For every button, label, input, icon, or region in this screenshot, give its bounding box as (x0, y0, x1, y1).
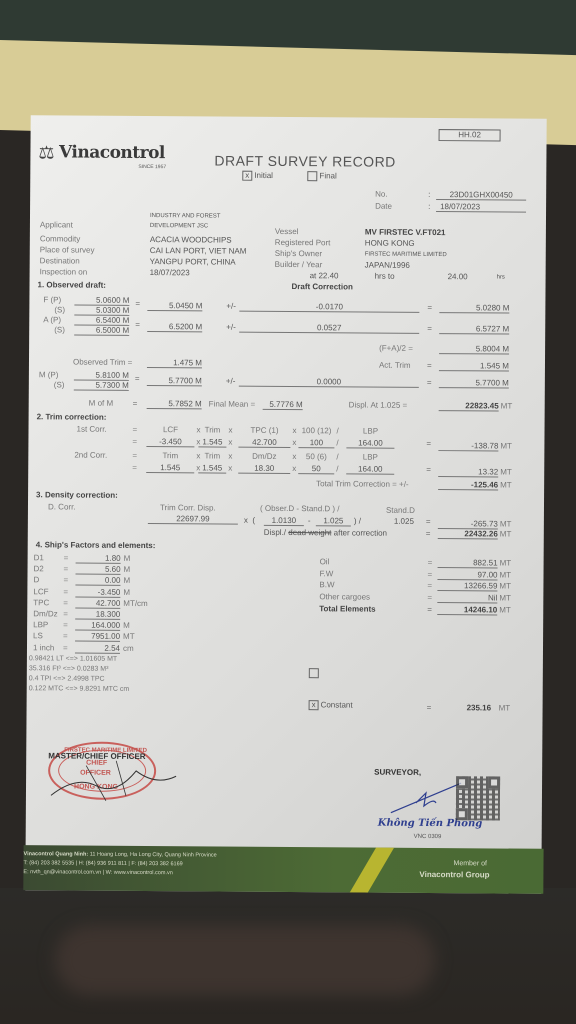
total-trim-correction: -125.46 (438, 480, 498, 490)
conversion-item: 0.4 TPI <=> 2.4998 TPC (29, 675, 105, 683)
observed-trim: 1.475 M (147, 358, 202, 368)
eq: = (426, 517, 431, 526)
fwd-label: F (P) (43, 295, 61, 304)
eq: = (63, 643, 68, 652)
logo-since: SINCE 1957 (138, 164, 166, 170)
formula-term: Trim (198, 425, 226, 434)
formula-term: Trim (146, 451, 194, 460)
unit: MT (123, 632, 135, 641)
factor-value: 164.000 (75, 621, 120, 631)
trim-corr-disp: 22697.99 (148, 514, 238, 525)
density-formula: ( Obser.D - Stand.D ) / (260, 504, 340, 514)
second-corr-label: 2nd Corr. (74, 451, 107, 460)
unit: M (123, 587, 130, 596)
scales-icon: ⚖ (38, 143, 54, 163)
formula-term: LCF (146, 425, 194, 434)
mid-mean: 5.7700 M (147, 376, 202, 386)
conversion-item: 0.98421 LT <=> 1.01605 MT (29, 655, 117, 663)
aft-s-label: (S) (54, 325, 65, 334)
aft-port: 6.5400 M (74, 316, 129, 326)
vinacontrol-group: Vinacontrol Group (419, 870, 489, 879)
fwd-corrected: 5.0280 M (439, 303, 509, 313)
tcd-label: Trim Corr. Disp. (160, 503, 216, 512)
trim-corr-result: 13.32 (438, 467, 498, 477)
unit: MT (500, 441, 512, 450)
factor-label: 1 inch (33, 643, 54, 652)
fa-label: (F+A)/2 = (379, 344, 413, 353)
vessel-value: MV FIRSTEC V.FT021 (365, 228, 446, 238)
time-to: 24.00 (448, 272, 468, 281)
eq: = (427, 303, 432, 312)
mid-s-label: (S) (54, 380, 65, 389)
factor-label: D (33, 576, 39, 585)
commodity-value: ACACIA WOODCHIPS (150, 235, 232, 245)
factor-label: TPC (33, 598, 49, 607)
aft-label: A (P) (43, 315, 61, 324)
eq: = (63, 632, 68, 641)
total-trim-label: Total Trim Correction = +/- (316, 479, 409, 489)
first-corr-label: 1st Corr. (76, 425, 106, 434)
unit: MT (500, 480, 512, 489)
standard-density: 1.025 (316, 516, 351, 526)
owner-value: FIRSTEC MARITIME LIMITED (365, 252, 447, 259)
blank-checkbox[interactable] (309, 668, 319, 678)
displ-label: Displ. At 1.025 = (349, 400, 408, 409)
place-value: CAI LAN PORT, VIET NAM (150, 246, 247, 256)
aft-starboard: 6.5000 M (74, 326, 129, 336)
factor-value: 1.80 (76, 554, 121, 564)
unit: M (123, 576, 130, 585)
standard-density-2: 1.025 (394, 517, 414, 526)
formula-term: LBP (346, 452, 394, 461)
element-value: 882.51 (438, 558, 498, 568)
final-checkbox[interactable] (307, 171, 317, 181)
eq: = (135, 320, 140, 329)
eq: = (135, 374, 140, 383)
factor-label: LCF (33, 587, 48, 596)
dcorr-label: D. Corr. (48, 502, 76, 511)
at-label: at (310, 271, 317, 280)
eq: = (132, 463, 137, 472)
builder-label: Builder / Year (275, 260, 323, 269)
eq: = (63, 621, 68, 630)
unit: MT (499, 703, 511, 712)
survey-type: xInitial Final (242, 171, 337, 182)
formula-term: Dm/Dz (238, 452, 290, 461)
record-no: 23D01GHX00450 (436, 190, 526, 201)
mid-correction: 0.0000 (239, 377, 419, 388)
fwd-starboard: 5.0300 M (74, 306, 129, 316)
observed-draft-heading: 1. Observed draft: (37, 280, 106, 289)
surveyor-label: SURVEYOR, (374, 768, 421, 777)
eq: = (427, 592, 432, 601)
eq: = (133, 399, 138, 408)
unit: MT (499, 605, 511, 614)
mom-label: M of M (89, 399, 114, 408)
formula-value: 1.545 (146, 463, 194, 473)
factor-value: 42.700 (75, 598, 120, 608)
density-correction: -265.73 (438, 519, 498, 529)
total-elements: 14246.10 (437, 605, 497, 615)
eq: = (64, 553, 69, 562)
observed-density: 1.0130 (264, 516, 304, 526)
trim-correction-heading: 2. Trim correction: (37, 412, 107, 421)
formula-value: 42.700 (238, 438, 290, 448)
unit: MT (500, 467, 512, 476)
surveyor-signature (386, 778, 466, 819)
footer-band: Vinacontrol Quang Ninh: 11 Hoang Long, H… (23, 845, 543, 894)
commodity-label: Commodity (40, 234, 81, 243)
member-of: Member of (453, 860, 487, 867)
unit: MT (499, 593, 511, 602)
element-value: Nil (437, 593, 497, 603)
unit: MT (500, 558, 512, 567)
eq: = (427, 581, 432, 590)
factor-value: 5.60 (76, 565, 121, 575)
element-label: B.W (319, 580, 334, 589)
after-correction-label: Displ./ dead weight after correction (264, 528, 387, 538)
conversion-item: 35.316 Ft³ <=> 0.0283 M³ (29, 665, 109, 673)
hrs-to-label: hrs to (375, 272, 395, 281)
formula-value: 50 (298, 464, 334, 474)
applicant-label: Applicant (40, 220, 73, 229)
constant-value: 235.16 (467, 703, 492, 712)
unit: M (124, 565, 131, 574)
eq: = (132, 451, 137, 460)
pm: +/- (226, 323, 236, 332)
fwd-s-label: (S) (54, 305, 65, 314)
unit: MT (501, 401, 513, 410)
surveyor-code: VNC 0309 (414, 834, 442, 840)
element-value: 13266.59 (437, 581, 497, 591)
owner-label: Ship's Owner (275, 249, 322, 258)
eq: = (427, 605, 432, 614)
eq: = (63, 576, 68, 585)
final-mean-label: Final Mean = (209, 399, 256, 408)
eq: = (63, 609, 68, 618)
formula-term: 100 (12) (298, 426, 334, 435)
eq: = (132, 425, 137, 434)
fwd-mean: 5.0450 M (147, 301, 202, 311)
element-label: Other cargoes (319, 592, 370, 601)
factor-label: D1 (34, 553, 44, 562)
factor-value: -3.450 (75, 587, 120, 597)
draft-correction-heading: Draft Correction (291, 282, 352, 291)
factor-value: 2.54 (75, 643, 120, 653)
element-label: F.W (319, 569, 333, 578)
aft-corrected: 6.5727 M (439, 324, 509, 334)
no-label: No. (375, 190, 388, 199)
unit: MT (500, 519, 512, 528)
formula-value: -3.450 (146, 437, 194, 447)
unit: cm (123, 643, 134, 652)
factor-value: 7951.00 (75, 632, 120, 642)
footer-phones: T: (84) 203 382 5535 | H: (84) 936 911 8… (23, 860, 182, 867)
finger-shadow (55, 925, 435, 995)
eq: = (132, 437, 137, 446)
fwd-correction: -0.0170 (239, 302, 419, 313)
destination-label: Destination (40, 256, 80, 265)
eq: = (426, 439, 431, 448)
form-code: HH.02 (439, 129, 501, 141)
port-value: HONG KONG (365, 239, 415, 248)
master-signature (46, 755, 186, 806)
hrs-label: hrs (497, 274, 505, 280)
unit: MT (499, 581, 511, 590)
formula-value: 18.30 (238, 464, 290, 474)
formula-term: LBP (346, 426, 394, 435)
stand-d-label: Stand.D (386, 506, 415, 515)
mom-value: 5.7852 M (147, 399, 202, 409)
final-label: Final (319, 171, 336, 180)
formula-value: 1.545 (198, 437, 226, 447)
place-label: Place of survey (40, 245, 95, 254)
trim-corr-result: -138.78 (438, 441, 498, 451)
mid-starboard: 5.7300 M (74, 381, 129, 391)
applicant-line1: INDUSTRY AND FOREST (150, 213, 221, 219)
constant-checkbox[interactable]: x (309, 700, 319, 710)
observed-trim-label: Observed Trim = (73, 358, 132, 367)
mid-port: 5.8100 M (74, 371, 129, 381)
formula-value: 164.00 (346, 438, 394, 448)
initial-checkbox[interactable]: x (242, 171, 252, 181)
eq: = (427, 569, 432, 578)
factor-label: D2 (34, 564, 44, 573)
port-label: Registered Port (275, 238, 331, 247)
inspection-label: Inspection on (40, 267, 88, 276)
unit: MT (500, 529, 512, 538)
eq: = (426, 465, 431, 474)
vinacontrol-logo: ⚖ Vinacontrol SINCE 1957 (38, 142, 166, 170)
formula-term: Trim (198, 451, 226, 460)
constant-row: xConstant (309, 700, 353, 710)
formula-term: 50 (6) (298, 452, 334, 461)
pm: +/- (226, 302, 236, 311)
initial-label: Initial (254, 171, 273, 180)
footer-links: E: nvth_qn@vinacontrol.com.vn | W: www.v… (23, 869, 172, 876)
logo-name: Vinacontrol (59, 142, 165, 163)
eq: = (135, 299, 140, 308)
factor-value: 18.300 (75, 610, 120, 620)
vessel-label: Vessel (275, 227, 299, 236)
formula-value: 100 (298, 438, 334, 448)
builder-value: JAPAN/1996 (365, 261, 410, 270)
aft-correction: 0.0527 (239, 323, 419, 334)
act-trim: 1.545 M (439, 361, 509, 371)
eq: = (426, 529, 431, 538)
density-heading: 3. Density correction: (36, 490, 118, 500)
eq: = (428, 558, 433, 567)
eq: = (427, 378, 432, 387)
element-label: Oil (320, 557, 330, 566)
eq: = (63, 587, 68, 596)
formula-value: 164.00 (346, 464, 394, 474)
act-trim-label: Act. Trim (379, 361, 411, 370)
unit: M (124, 554, 131, 563)
fwd-port: 5.0600 M (74, 296, 129, 306)
eq: = (427, 324, 432, 333)
aft-mean: 6.5200 M (147, 322, 202, 332)
page-title: DRAFT SURVEY RECORD (214, 152, 396, 169)
conversion-item: 0.122 MTC <=> 9.8291 MTC cm (29, 685, 130, 693)
displ-after-correction: 22432.26 (438, 529, 498, 539)
unit: M (123, 621, 130, 630)
mid-corrected: 5.7700 M (439, 378, 509, 388)
final-mean: 5.7776 M (263, 400, 303, 410)
inspection-value: 18/07/2023 (150, 268, 190, 277)
pm: +/- (226, 377, 236, 386)
factor-label: LBP (33, 620, 48, 629)
displacement: 22823.45 (439, 401, 499, 411)
qr-code[interactable] (456, 776, 500, 820)
constant-label: Constant (321, 700, 353, 709)
factor-label: LS (33, 632, 43, 641)
mid-label: M (P) (39, 370, 59, 379)
fa-value: 5.8004 M (439, 344, 509, 354)
draft-survey-document: HH.02 ⚖ Vinacontrol SINCE 1957 DRAFT SUR… (25, 115, 546, 894)
eq: = (427, 703, 432, 712)
record-date: 18/07/2023 (436, 202, 526, 213)
unit: MT/cm (123, 599, 147, 608)
eq: = (427, 361, 432, 370)
total-elements-label: Total Elements (319, 604, 375, 613)
eq: = (63, 598, 68, 607)
formula-value: 1.545 (198, 463, 226, 473)
time-from: 22.40 (318, 271, 338, 280)
element-value: 97.00 (437, 570, 497, 580)
factor-value: 0.00 (75, 576, 120, 586)
factors-heading: 4. Ship's Factors and elements: (36, 540, 156, 550)
date-label: Date (375, 202, 392, 211)
unit: MT (499, 570, 511, 579)
formula-term: TPC (1) (238, 426, 290, 435)
applicant-line2: DEVELOPMENT JSC (150, 223, 208, 229)
destination-value: YANGPU PORT, CHINA (150, 257, 236, 267)
eq: = (64, 565, 69, 574)
factor-label: Dm/Dz (33, 609, 58, 618)
